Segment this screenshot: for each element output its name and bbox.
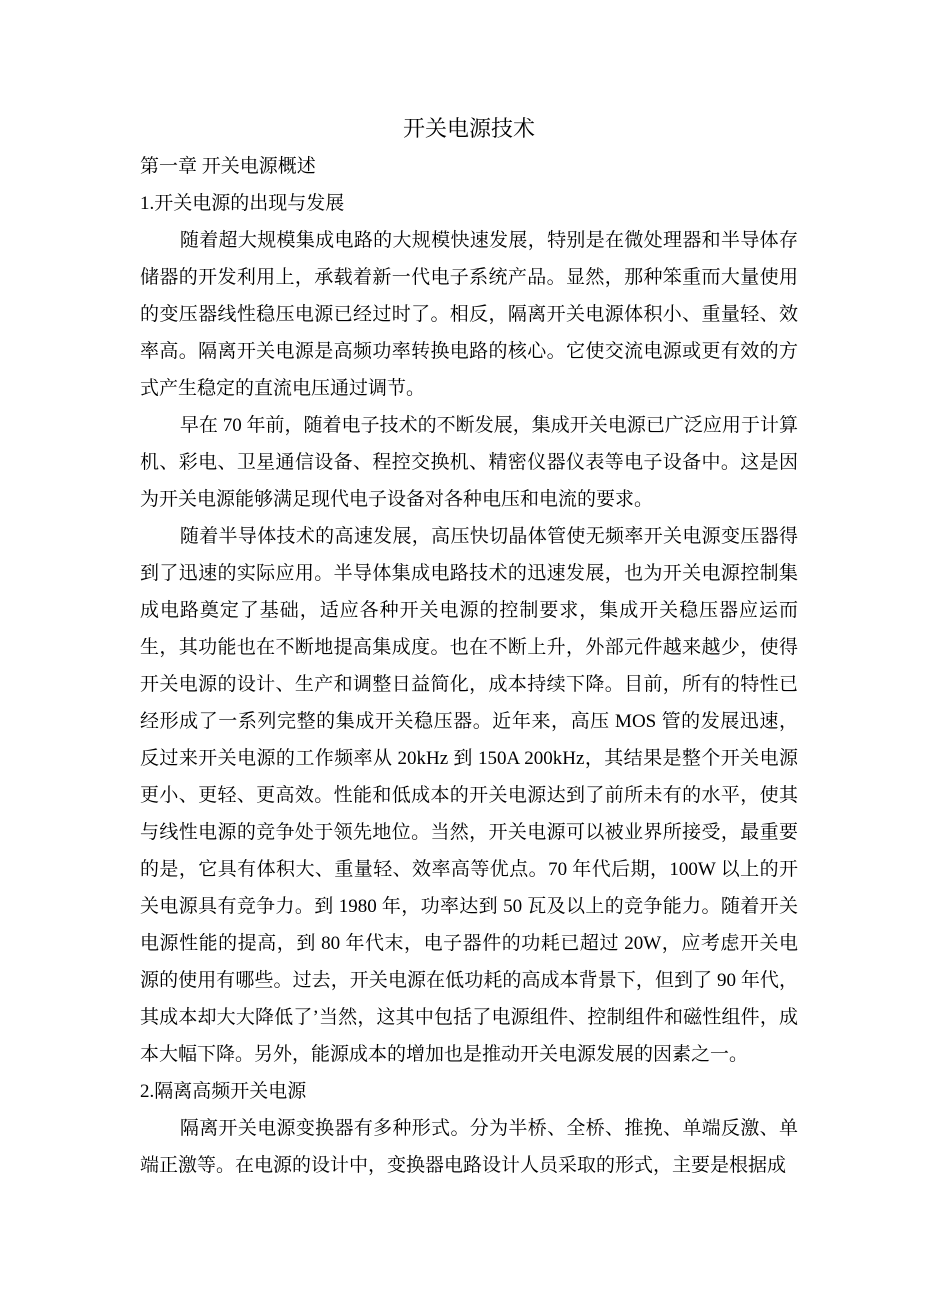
page-title: 开关电源技术 xyxy=(140,110,798,148)
section-1-heading: 1.开关电源的出现与发展 xyxy=(140,185,798,222)
section-2-paragraph-1: 隔离开关电源变换器有多种形式。分为半桥、全桥、推挽、单端反激、单端正激等。在电源… xyxy=(140,1110,798,1184)
document-page: 开关电源技术 第一章 开关电源概述 1.开关电源的出现与发展 随着超大规模集成电… xyxy=(0,0,926,1309)
section-1-paragraph-3: 随着半导体技术的高速发展，高压快切晶体管使无频率开关电源变压器得到了迅速的实际应… xyxy=(140,518,798,1073)
section-1-paragraph-1: 随着超大规模集成电路的大规模快速发展，特别是在微处理器和半导体存储器的开发利用上… xyxy=(140,222,798,407)
section-2-heading: 2.隔离高频开关电源 xyxy=(140,1073,798,1110)
chapter-heading: 第一章 开关电源概述 xyxy=(140,148,798,185)
section-1-paragraph-2: 早在 70 年前，随着电子技术的不断发展，集成开关电源已广泛应用于计算机、彩电、… xyxy=(140,407,798,518)
